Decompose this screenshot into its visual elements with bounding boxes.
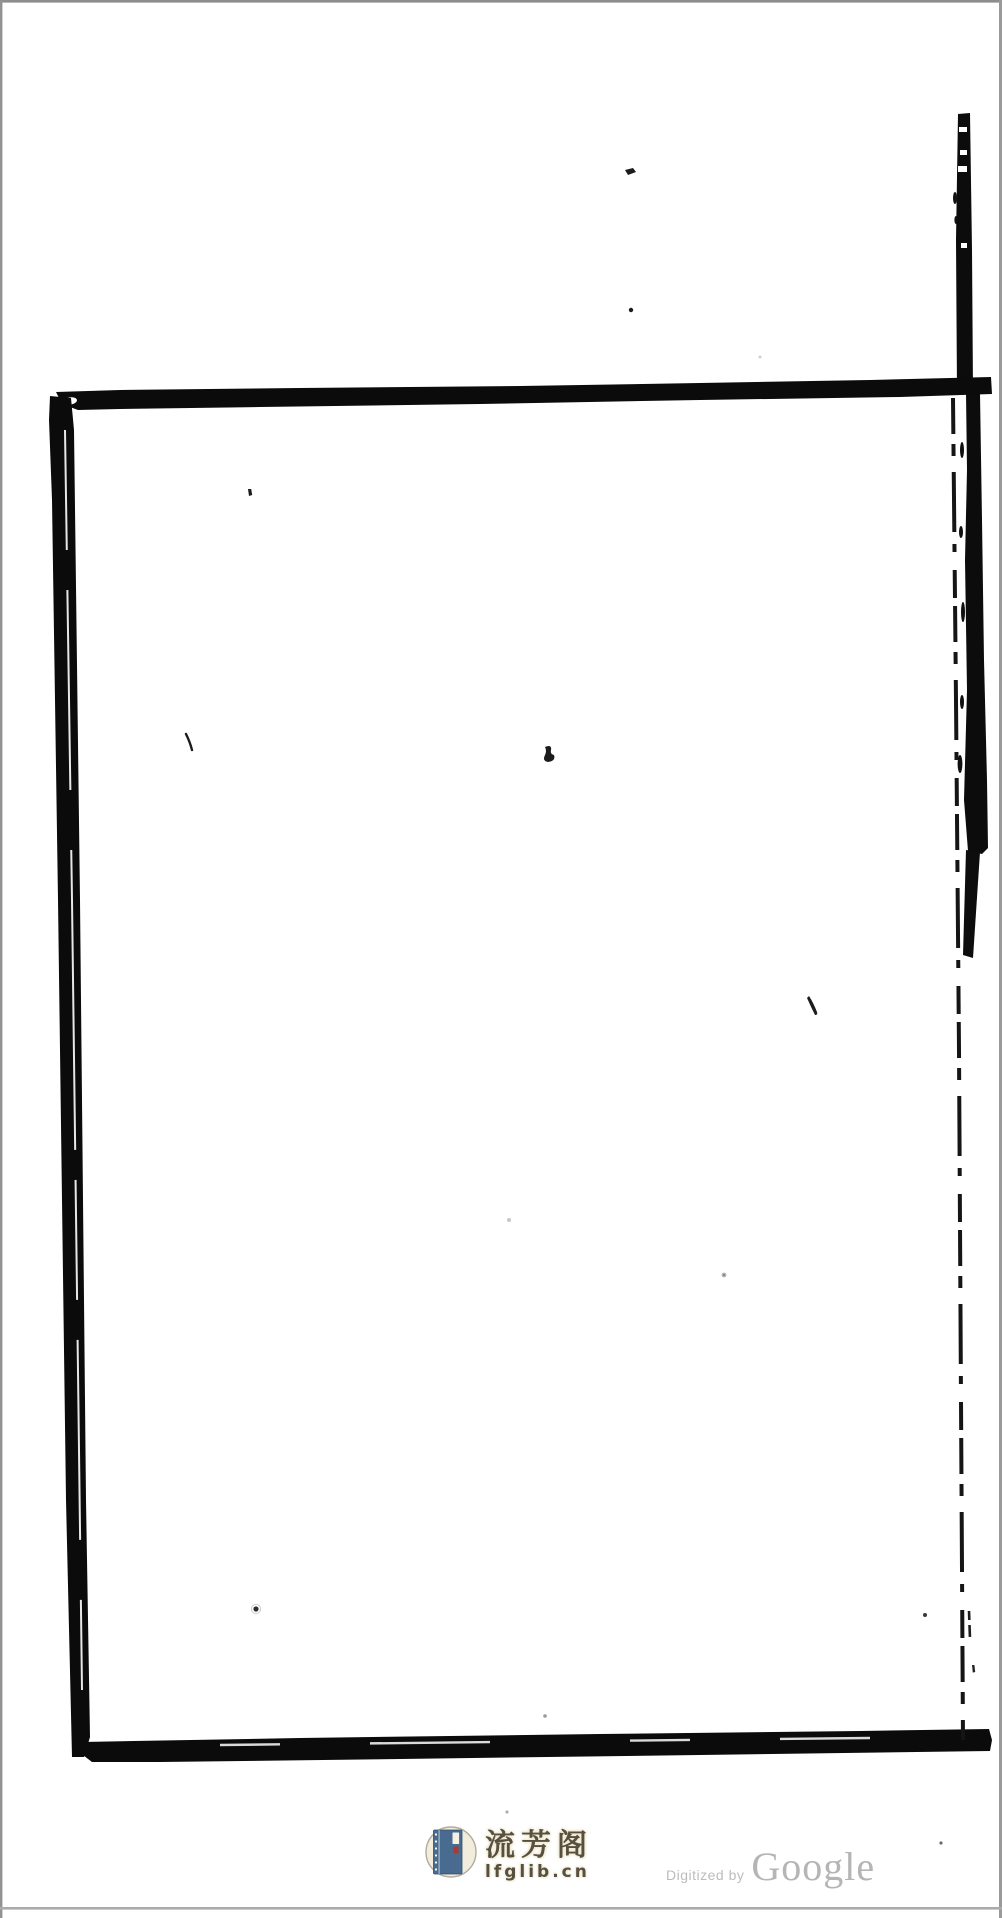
scan-artwork (0, 0, 1002, 1918)
spine-shadow-upper (953, 113, 973, 392)
digitized-by-label: Digitized by (666, 1867, 744, 1883)
google-watermark: Digitized byGoogle (666, 1843, 875, 1890)
lfglib-text-block: 流芳阁 lfglib.cn (485, 1825, 593, 1881)
ink-specks (186, 168, 975, 1845)
spine-shadow-lower (958, 393, 988, 958)
lfglib-domain: lfglib.cn (485, 1864, 593, 1881)
frame-top-border (56, 377, 992, 410)
scanned-book-page: 流芳阁 lfglib.cn Digitized byGoogle (0, 0, 1002, 1918)
frame-left-border (49, 396, 90, 1757)
scan-edge-top (0, 0, 1002, 3)
lfglib-logo-icon (424, 1825, 478, 1879)
lfglib-site-name: 流芳阁 (485, 1831, 593, 1861)
scan-edge-bottom (0, 1907, 1002, 1910)
scan-edge-left (0, 0, 2, 1918)
lfglib-watermark: 流芳阁 lfglib.cn (424, 1825, 593, 1881)
print-frame (49, 377, 992, 1762)
scan-edge-lines (0, 0, 1002, 1918)
frame-right-border (953, 398, 963, 1740)
google-logo-text: Google (751, 1844, 875, 1889)
frame-bottom-border (79, 1729, 992, 1762)
